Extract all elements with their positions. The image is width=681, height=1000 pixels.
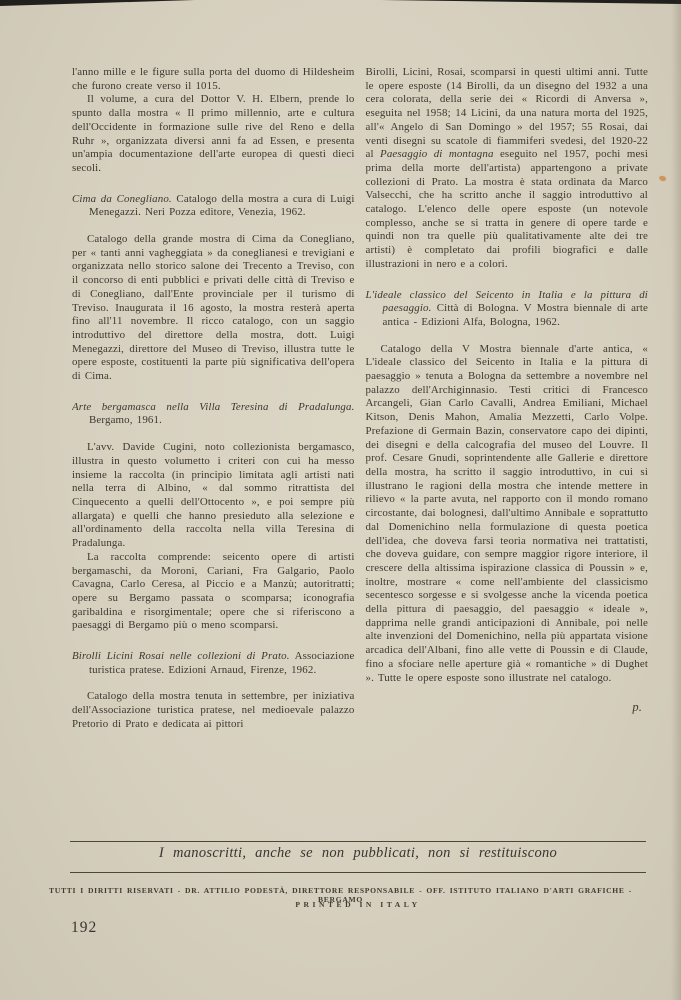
italic-text-run: Birolli Licini Rosai nelle collezioni di… <box>72 650 290 662</box>
left-column: l'anno mille e le figure sulla porta del… <box>72 66 355 818</box>
paragraph: Birolli, Licini, Rosai, scomparsi in que… <box>366 66 649 272</box>
italic-text-run: Cima da Conegliano. <box>72 193 172 205</box>
paragraph: L'avv. Davide Cugini, noto collezionista… <box>72 441 355 551</box>
text-run: Catalogo della V Mostra biennale d'arte … <box>366 343 649 684</box>
text-run: Catalogo della mostra tenuta in settembr… <box>72 690 355 729</box>
scan-edge-top-right <box>381 0 681 4</box>
colophon-printed-line: PRINTED IN ITALY <box>70 900 646 909</box>
manuscripts-notice: I manoscritti, anche se non pubblicati, … <box>70 845 646 862</box>
left-column-blocks: l'anno mille e le figure sulla porta del… <box>72 66 355 732</box>
paragraph: Il volume, a cura del Dottor V. H. Elber… <box>72 93 355 175</box>
paragraph: l'anno mille e le figure sulla porta del… <box>72 66 355 93</box>
entry-heading: L'ideale classico del Seicento in Italia… <box>366 289 649 330</box>
paragraph: Catalogo della grande mostra di Cima da … <box>72 233 355 384</box>
right-column: Birolli, Licini, Rosai, scomparsi in que… <box>366 66 649 818</box>
text-run: Il volume, a cura del Dottor V. H. Elber… <box>72 93 355 174</box>
text-run: La raccolta comprende: seicento opere di… <box>72 551 355 632</box>
notice-divider-bottom <box>70 872 646 873</box>
entry-heading: Cima da Conegliano. Catalogo della mostr… <box>72 193 355 220</box>
italic-text-run: Arte bergamasca nella Villa Teresina di … <box>72 401 355 413</box>
entry-heading: Arte bergamasca nella Villa Teresina di … <box>72 401 355 428</box>
notice-divider-top <box>70 841 646 842</box>
text-run: eseguito nel 1957, pochi mesi prima dell… <box>366 148 649 270</box>
signature-initial: p. <box>366 701 649 715</box>
page-body: l'anno mille e le figure sulla porta del… <box>72 66 648 818</box>
italic-text-run: Paesaggio di montagna <box>380 148 494 160</box>
right-column-blocks: Birolli, Licini, Rosai, scomparsi in que… <box>366 66 649 685</box>
text-run: Bergamo, 1961. <box>89 414 162 426</box>
paragraph: Catalogo della V Mostra biennale d'arte … <box>366 343 649 686</box>
text-run: Birolli, Licini, Rosai, scomparsi in que… <box>366 66 649 160</box>
text-run: l'anno mille e le figure sulla porta del… <box>72 66 355 92</box>
paper-stain <box>658 175 666 182</box>
scan-edge-top-left <box>0 0 195 6</box>
page-number: 192 <box>71 919 97 937</box>
text-run: Catalogo della grande mostra di Cima da … <box>72 233 355 382</box>
entry-heading: Birolli Licini Rosai nelle collezioni di… <box>72 650 355 677</box>
paragraph: La raccolta comprende: seicento opere di… <box>72 551 355 633</box>
paragraph: Catalogo della mostra tenuta in settembr… <box>72 690 355 731</box>
scan-edge-right-shade <box>671 0 681 1000</box>
text-run: L'avv. Davide Cugini, noto collezionista… <box>72 441 355 549</box>
